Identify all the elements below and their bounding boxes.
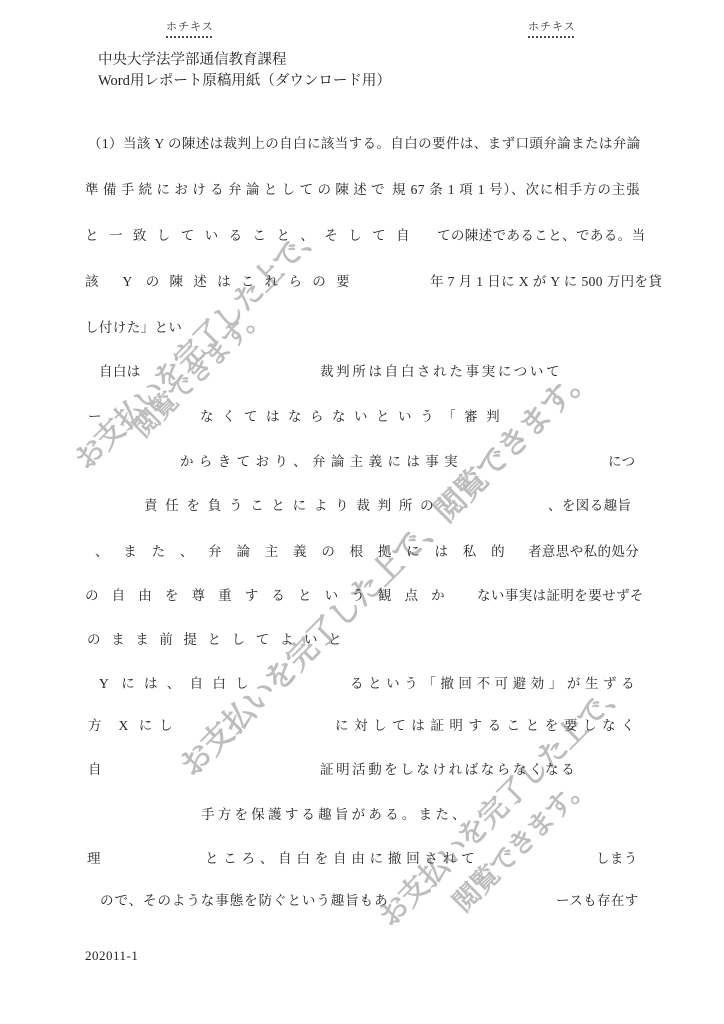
- payment-watermark-text: お支払いを完了した上で、: [70, 217, 328, 475]
- line-segment: ースも存在す: [556, 889, 639, 909]
- body-line: 責任を負うことにより裁判所の、を図る趣旨: [0, 494, 724, 514]
- body-line: （1）当該 Y の陳述は裁判上の自白に該当する。自白の要件は、まず口頭弁論または…: [0, 132, 724, 152]
- body-line: 自証明活動をしなければならなくなる: [0, 758, 724, 778]
- line-segment: 、を図る趣旨: [548, 494, 631, 514]
- line-segment: 自白は: [99, 360, 141, 380]
- staple-dotted-line: [166, 36, 212, 38]
- line-segment: ー: [88, 405, 102, 425]
- line-segment: の自由を尊重するという観点か: [85, 584, 445, 604]
- header-paper-title: Word用レポート原稿用紙（ダウンロード用）: [98, 69, 391, 90]
- footer-doc-number: 202011-1: [85, 948, 138, 964]
- line-segment: 裁判所は自白された事実について: [320, 360, 560, 380]
- line-segment: （1）当該 Y の陳述は裁判上の自白に該当する。自白の要件は、まず口頭弁論または…: [88, 132, 638, 152]
- line-segment: に対しては証明することを要しなく: [335, 714, 635, 734]
- body-line: のまま前提としてよいと: [0, 628, 724, 648]
- line-segment: ない事実は証明を要せずそ: [477, 584, 644, 604]
- body-line: 自白は裁判所は自白された事実について: [0, 360, 724, 380]
- line-segment: るという「撤回不可避効」が生ずる: [350, 672, 635, 692]
- body-line: からきており、弁論主義には事実につ: [0, 450, 724, 470]
- line-segment: Y には、自白し: [99, 672, 249, 692]
- line-segment: 準備手続における弁論としての陳述で: [85, 178, 385, 198]
- body-line: し付けた」とい: [0, 316, 724, 336]
- body-line: 該 Y の陳述はこれらの要年 7 月 1 日に X が Y に 500 万円を貸: [0, 270, 724, 290]
- line-segment: 規 67 条 1 項 1 号）、次に相手方の主張: [392, 178, 640, 198]
- line-segment: と一致していること、そして自: [85, 224, 410, 244]
- line-segment: につ: [608, 450, 636, 470]
- line-segment: 責任を負うことにより裁判所の: [144, 494, 434, 514]
- body-line: 理ところ、自白を自由に撤回されてしまう: [0, 847, 724, 867]
- line-segment: 手方を保護する趣旨がある。また、: [201, 803, 466, 823]
- line-segment: 、また、弁論主義の根拠には私的: [95, 540, 505, 560]
- staple-dotted-line: [528, 36, 574, 38]
- body-line: と一致していること、そして自ての陳述であること、である。当: [0, 224, 724, 244]
- body-line: 、また、弁論主義の根拠には私的者意思や私的処分: [0, 540, 724, 560]
- staple-label: ホチキス: [528, 18, 576, 34]
- line-segment: なくてはならないという「審判: [200, 405, 500, 425]
- line-segment: 該 Y の陳述はこれらの要: [85, 270, 350, 290]
- staple-mark-right: ホチキス: [528, 18, 576, 38]
- body-line: 手方を保護する趣旨がある。また、: [0, 803, 724, 823]
- line-segment: のまま前提としてよいと: [87, 628, 342, 648]
- line-segment: ので、そのような事態を防ぐという趣旨もあ: [100, 889, 388, 909]
- line-segment: からきており、弁論主義には事実: [180, 450, 458, 470]
- line-segment: ところ、自白を自由に撤回されて: [205, 847, 475, 867]
- header-university-course: 中央大学法学部通信教育課程: [98, 48, 287, 69]
- line-segment: 自: [88, 758, 102, 778]
- document-page: ホチキス ホチキス 中央大学法学部通信教育課程 Word用レポート原稿用紙（ダウ…: [0, 0, 724, 1024]
- line-segment: し付けた」とい: [85, 316, 182, 336]
- line-segment: しまう: [596, 847, 638, 867]
- body-line: 準備手続における弁論としての陳述で規 67 条 1 項 1 号）、次に相手方の主…: [0, 178, 724, 198]
- body-line: Y には、自白しるという「撤回不可避効」が生ずる: [0, 672, 724, 692]
- body-line: ーなくてはならないという「審判: [0, 405, 724, 425]
- body-line: 方 X にしに対しては証明することを要しなく: [0, 714, 724, 734]
- line-segment: ての陳述であること、である。当: [437, 224, 640, 244]
- line-segment: 理: [87, 847, 101, 867]
- line-segment: 証明活動をしなければならなくなる: [320, 758, 575, 778]
- line-segment: 方 X にし: [88, 714, 173, 734]
- body-line: の自由を尊重するという観点かない事実は証明を要せずそ: [0, 584, 724, 604]
- line-segment: 年 7 月 1 日に X が Y に 500 万円を貸: [430, 270, 640, 290]
- staple-label: ホチキス: [166, 18, 214, 34]
- body-line: ので、そのような事態を防ぐという趣旨もあースも存在す: [0, 889, 724, 909]
- staple-mark-left: ホチキス: [166, 18, 214, 38]
- line-segment: 者意思や私的処分: [528, 540, 639, 560]
